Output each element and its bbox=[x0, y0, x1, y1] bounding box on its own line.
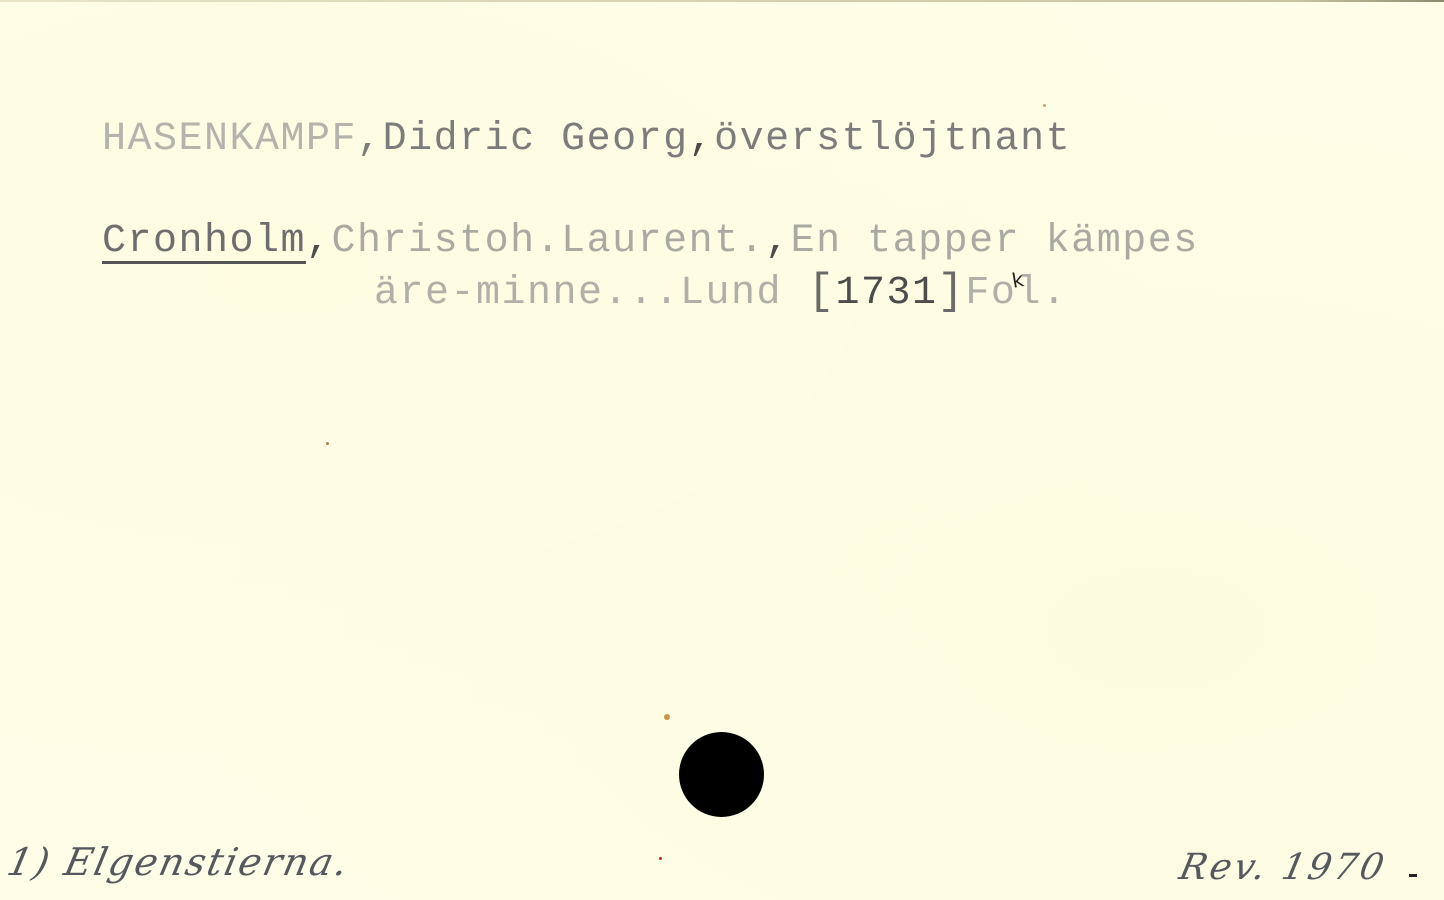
paper-speck bbox=[326, 442, 329, 445]
handwritten-footnote: 1) Elgenstierna. bbox=[4, 843, 353, 881]
paper-speck bbox=[659, 857, 662, 860]
year-bracket-open: [ bbox=[808, 267, 836, 317]
heading-given-names: Didric Georg bbox=[383, 117, 689, 162]
entry-author: Cronholm bbox=[102, 219, 306, 264]
punch-hole bbox=[679, 732, 764, 817]
dash-mark bbox=[1409, 874, 1417, 877]
card-heading: HASENKAMPF,Didric Georg,överstlöjtnant bbox=[102, 120, 1071, 160]
entry-place: Lund bbox=[680, 271, 782, 316]
entry-title-part2: äre-minne... bbox=[374, 271, 680, 316]
year-bracket-close: ] bbox=[938, 267, 966, 317]
entry-line-1: Cronholm,Christoh.Laurent.,En tapper käm… bbox=[102, 222, 1199, 262]
heading-title: överstlöjtnant bbox=[714, 117, 1071, 162]
card-top-edge bbox=[0, 0, 1444, 2]
paper-speck bbox=[1043, 104, 1046, 107]
paper-speck bbox=[664, 714, 670, 720]
heading-surname: HASENKAMPF bbox=[102, 117, 357, 162]
catalog-card: HASENKAMPF,Didric Georg,överstlöjtnant C… bbox=[0, 0, 1444, 900]
entry-author-given: Christoh.Laurent. bbox=[332, 219, 766, 264]
handwritten-revision: Rev. 1970 bbox=[1176, 850, 1390, 886]
entry-line-2: äre-minne...Lund [1731]Fol. bbox=[374, 270, 1067, 314]
entry-year: 1731 bbox=[835, 271, 937, 316]
entry-title-part1: En tapper kämpes bbox=[791, 219, 1199, 264]
